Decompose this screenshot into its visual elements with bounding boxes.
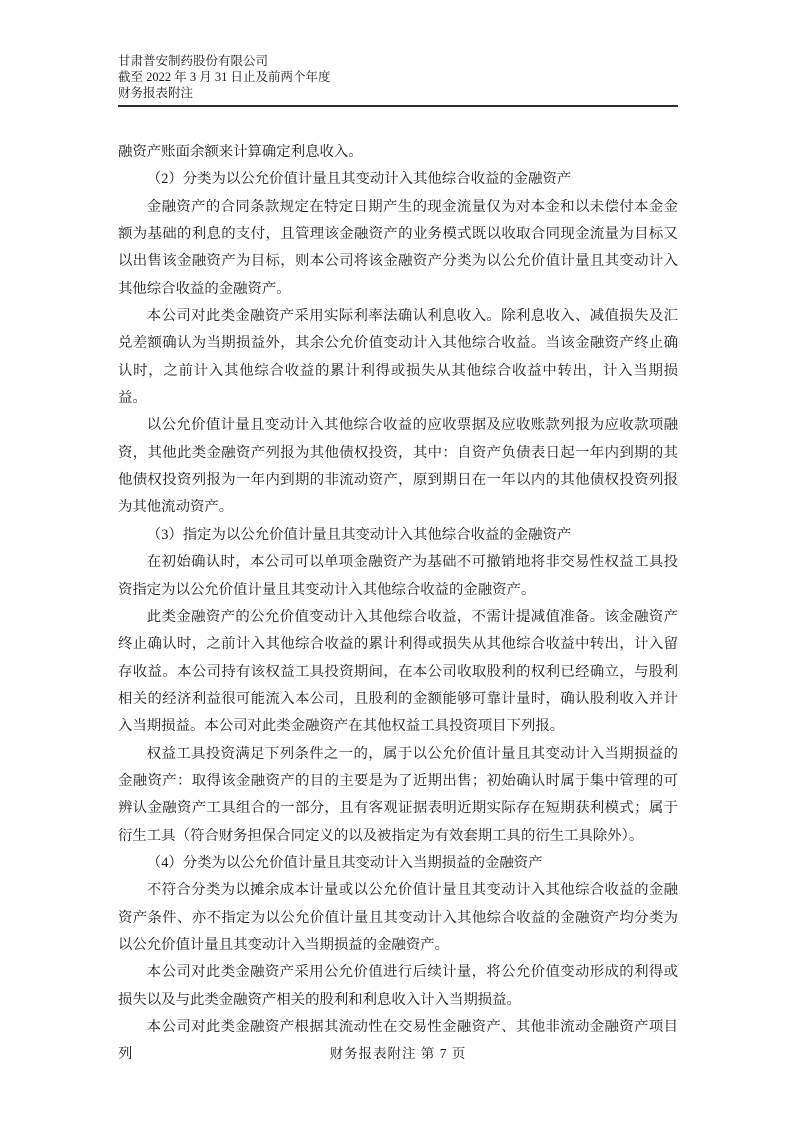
paragraph: 在初始确认时，本公司可以单项金融资产为基础不可撤销地将非交易性权益工具投资指定为…: [118, 549, 678, 604]
paragraph: 融资产账面余额来计算确定利息收入。: [118, 139, 678, 166]
paragraph: 此类金融资产的公允价值变动计入其他综合收益，不需计提减值准备。该金融资产终止确认…: [118, 604, 678, 741]
paragraph: （2）分类为以公允价值计量且其变动计入其他综合收益的金融资产: [118, 166, 678, 193]
paragraph: 不符合分类为以摊余成本计量或以公允价值计量且其变动计入其他综合收益的金融资产条件…: [118, 877, 678, 959]
document-title: 财务报表附注: [118, 85, 678, 101]
header-divider: [118, 105, 678, 107]
paragraph: （4）分类为以公允价值计量且其变动计入当期损益的金融资产: [118, 850, 678, 877]
paragraph: 本公司对此类金融资产采用实际利率法确认利息收入。除利息收入、减值损失及汇兑差额确…: [118, 303, 678, 412]
document-page: 甘肃普安制药股份有限公司 截至 2022 年 3 月 31 日止及前两个年度 财…: [0, 0, 793, 1122]
paragraph: 权益工具投资满足下列条件之一的，属于以公允价值计量且其变动计入当期损益的金融资产…: [118, 741, 678, 850]
company-name: 甘肃普安制药股份有限公司: [118, 53, 678, 69]
paragraph: （3）指定为以公允价值计量且其变动计入其他综合收益的金融资产: [118, 522, 678, 549]
paragraph: 金融资产的合同条款规定在特定日期产生的现金流量仅为对本金和以未偿付本金金额为基础…: [118, 194, 678, 303]
page-footer: 财务报表附注 第 7 页: [118, 1042, 678, 1062]
document-body: 融资产账面余额来计算确定利息收入。（2）分类为以公允价值计量且其变动计入其他综合…: [118, 139, 678, 1069]
report-period: 截至 2022 年 3 月 31 日止及前两个年度: [118, 69, 678, 85]
paragraph: 本公司对此类金融资产采用公允价值进行后续计量，将公允价值变动形成的利得或损失以及…: [118, 959, 678, 1014]
paragraph: 以公允价值计量且变动计入其他综合收益的应收票据及应收账款列报为应收款项融资，其他…: [118, 412, 678, 521]
page-header: 甘肃普安制药股份有限公司 截至 2022 年 3 月 31 日止及前两个年度 财…: [118, 53, 678, 101]
